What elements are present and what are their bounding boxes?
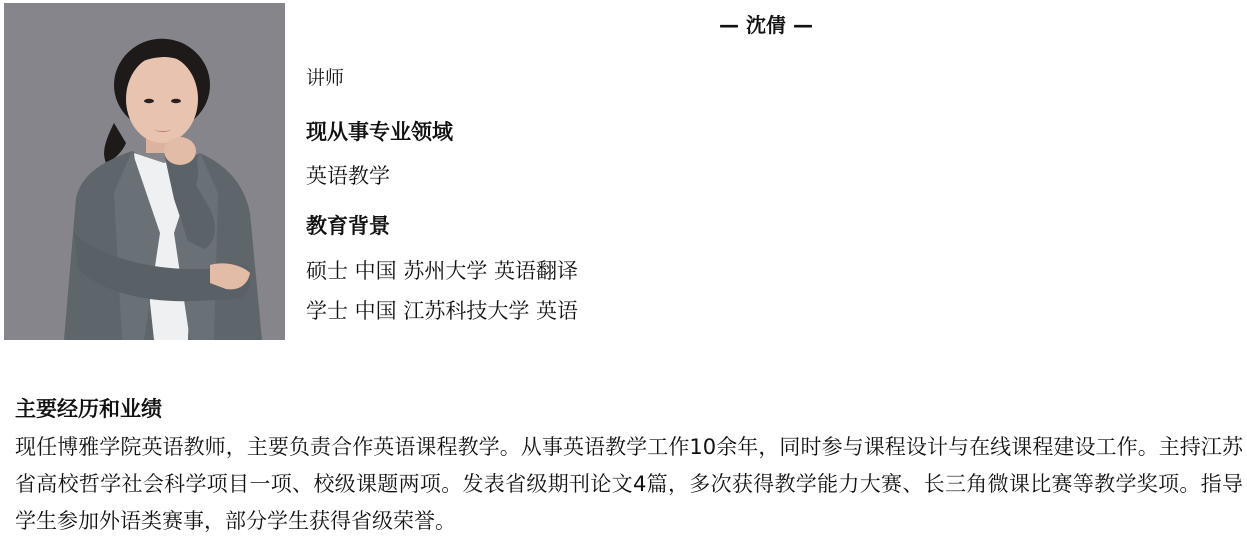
experience-section: 主要经历和业绩 现任博雅学院英语教师，主要负责合作英语课程教学。从事英语教学工作… xyxy=(15,393,1243,540)
education-masters: 硕士 中国 苏州大学 英语翻译 xyxy=(306,256,578,286)
portrait-illustration xyxy=(4,3,285,340)
specialty-heading: 现从事专业领域 xyxy=(306,117,453,147)
teacher-name: — 沈倩 — xyxy=(285,11,1247,39)
profile-panel: — 沈倩 — 讲师 现从事专业领域 英语教学 教育背景 硕士 中国 苏州大学 英… xyxy=(285,0,1247,340)
specialty-value: 英语教学 xyxy=(306,161,390,191)
experience-body: 现任博雅学院英语教师，主要负责合作英语课程教学。从事英语教学工作10余年，同时参… xyxy=(15,429,1243,540)
education-bachelors: 学士 中国 江苏科技大学 英语 xyxy=(306,296,578,326)
experience-heading: 主要经历和业绩 xyxy=(15,393,1243,425)
position-title: 讲师 xyxy=(306,64,344,92)
education-heading: 教育背景 xyxy=(306,211,390,241)
teacher-photo xyxy=(4,3,285,340)
